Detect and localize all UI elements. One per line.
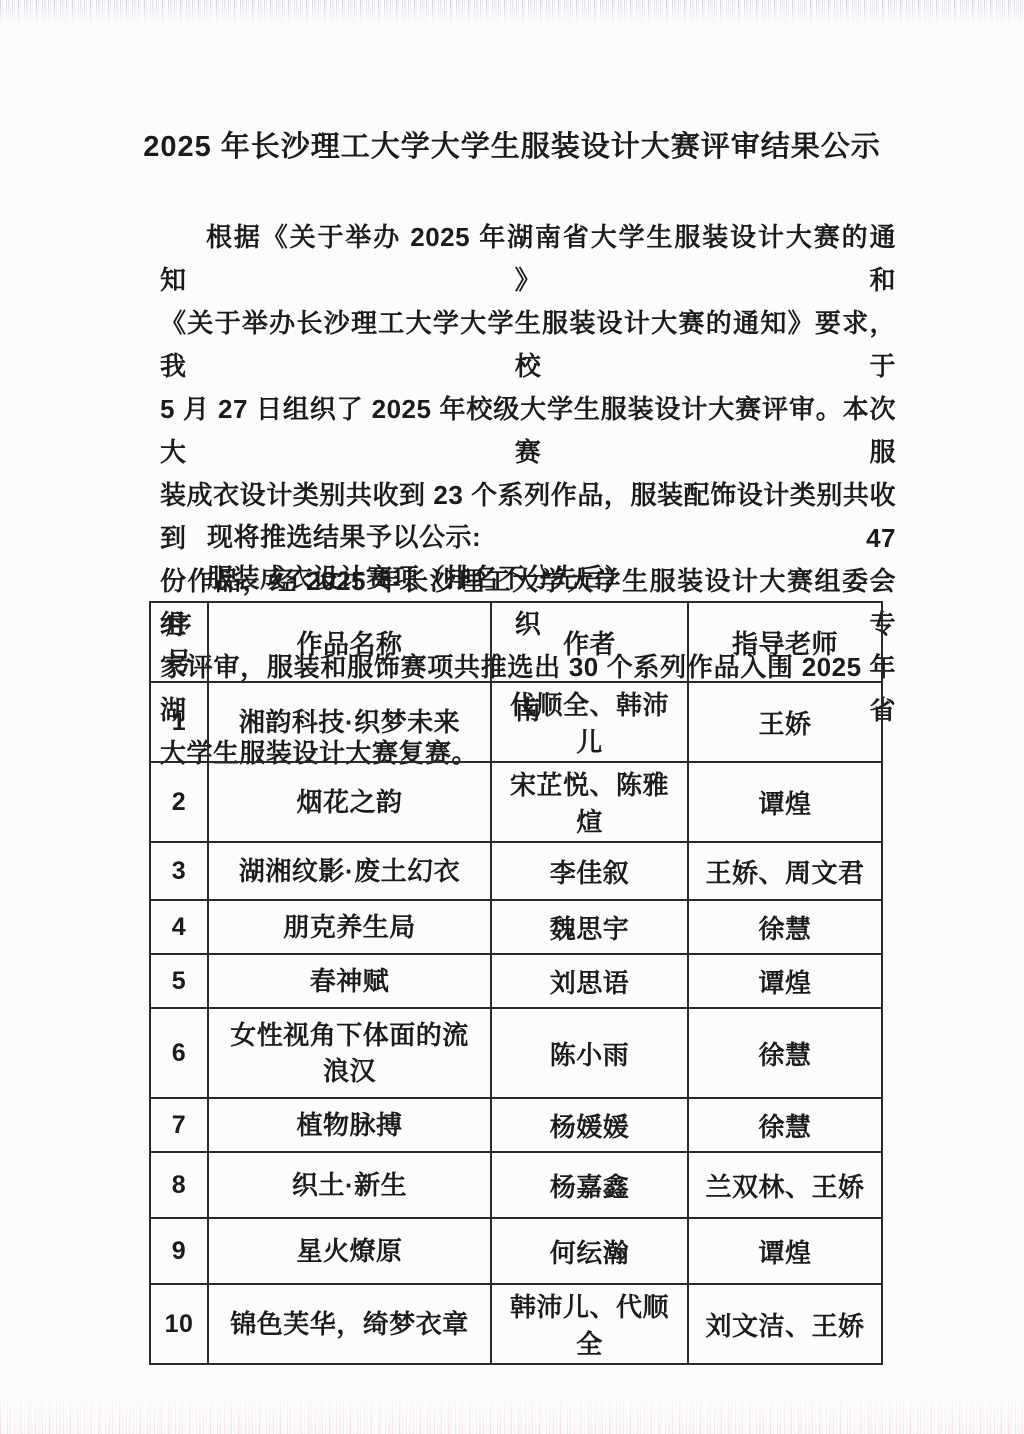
table-row: 4 朋克养生局 魏思宇 徐慧 [150,900,882,954]
table-row: 2 烟花之韵 宋芷悦、陈雅煊 谭煌 [150,762,882,842]
results-table: 序号 作品名称 作者 指导老师 1 湘韵科技·织梦未来 代顺全、韩沛儿 王娇 2… [149,601,883,1365]
authors-cell: 代顺全、韩沛儿 [491,682,688,762]
work-title-cell: 湘韵科技·织梦未来 [208,682,491,762]
row-index-cell: 7 [150,1098,208,1152]
header-authors: 作者 [491,602,688,682]
table-row: 8 织土·新生 杨嘉鑫 兰双林、王娇 [150,1152,882,1218]
document-title: 2025 年长沙理工大学大学生服装设计大赛评审结果公示 [0,124,1024,165]
table-row: 10 锦色芙华，绮梦衣章 韩沛儿、代顺全 刘文洁、王娇 [150,1284,882,1364]
header-work-title: 作品名称 [208,602,491,682]
advisor-cell: 谭煌 [688,762,882,842]
header-row: 序号 作品名称 作者 指导老师 [150,602,882,682]
row-index-cell: 2 [150,762,208,842]
work-title-cell: 织土·新生 [208,1152,491,1218]
row-index-cell: 5 [150,954,208,1008]
work-title-cell: 植物脉搏 [208,1098,491,1152]
authors-cell: 杨嘉鑫 [491,1152,688,1218]
advisor-cell: 刘文洁、王娇 [688,1284,882,1364]
announce-line: 现将推选结果予以公示: [207,516,481,558]
advisor-cell: 王娇、周文君 [688,842,882,900]
row-index-cell: 3 [150,842,208,900]
advisor-cell: 兰双林、王娇 [688,1152,882,1218]
row-index-cell: 8 [150,1152,208,1218]
table-caption: 服装成衣设计赛项（排名不分先后） [207,557,631,599]
authors-cell: 宋芷悦、陈雅煊 [491,762,688,842]
results-table-header: 序号 作品名称 作者 指导老师 [150,602,882,682]
row-index-cell: 4 [150,900,208,954]
row-index-cell: 1 [150,682,208,762]
table-row: 1 湘韵科技·织梦未来 代顺全、韩沛儿 王娇 [150,682,882,762]
advisor-cell: 徐慧 [688,900,882,954]
work-title-cell: 朋克养生局 [208,900,491,954]
paragraph-line: 根据《关于举办 2025 年湖南省大学生服装设计大赛的通知》和 [160,216,896,302]
advisor-cell: 王娇 [688,682,882,762]
table-row: 5 春神赋 刘思语 谭煌 [150,954,882,1008]
header-index: 序号 [150,602,208,682]
work-title-cell: 春神赋 [208,954,491,1008]
authors-cell: 李佳叙 [491,842,688,900]
table-row: 6 女性视角下体面的流浪汉 陈小雨 徐慧 [150,1008,882,1098]
work-title-cell: 湖湘纹影·废土幻衣 [208,842,491,900]
advisor-cell: 徐慧 [688,1008,882,1098]
work-title-cell: 女性视角下体面的流浪汉 [208,1008,491,1098]
results-table-body: 1 湘韵科技·织梦未来 代顺全、韩沛儿 王娇 2 烟花之韵 宋芷悦、陈雅煊 谭煌… [150,682,882,1364]
table-row: 7 植物脉搏 杨媛媛 徐慧 [150,1098,882,1152]
advisor-cell: 徐慧 [688,1098,882,1152]
advisor-cell: 谭煌 [688,1218,882,1284]
authors-cell: 魏思宇 [491,900,688,954]
row-index-cell: 10 [150,1284,208,1364]
work-title-cell: 烟花之韵 [208,762,491,842]
scan-noise-top [0,0,1024,26]
header-advisor: 指导老师 [688,602,882,682]
row-index-cell: 9 [150,1218,208,1284]
row-index-cell: 6 [150,1008,208,1098]
authors-cell: 陈小雨 [491,1008,688,1098]
paragraph-line: 《关于举办长沙理工大学大学生服装设计大赛的通知》要求，我校于 [160,302,896,388]
paragraph-line: 5 月 27 日组织了 2025 年校级大学生服装设计大赛评审。本次大赛服 [160,388,896,474]
authors-cell: 刘思语 [491,954,688,1008]
authors-cell: 何纭瀚 [491,1218,688,1284]
work-title-cell: 星火燎原 [208,1218,491,1284]
advisor-cell: 谭煌 [688,954,882,1008]
work-title-cell: 锦色芙华，绮梦衣章 [208,1284,491,1364]
scanned-document-page: 2025 年长沙理工大学大学生服装设计大赛评审结果公示 根据《关于举办 2025… [0,0,1024,1434]
scan-noise-bottom [0,1392,1024,1434]
authors-cell: 韩沛儿、代顺全 [491,1284,688,1364]
table-row: 3 湖湘纹影·废土幻衣 李佳叙 王娇、周文君 [150,842,882,900]
table-row: 9 星火燎原 何纭瀚 谭煌 [150,1218,882,1284]
authors-cell: 杨媛媛 [491,1098,688,1152]
